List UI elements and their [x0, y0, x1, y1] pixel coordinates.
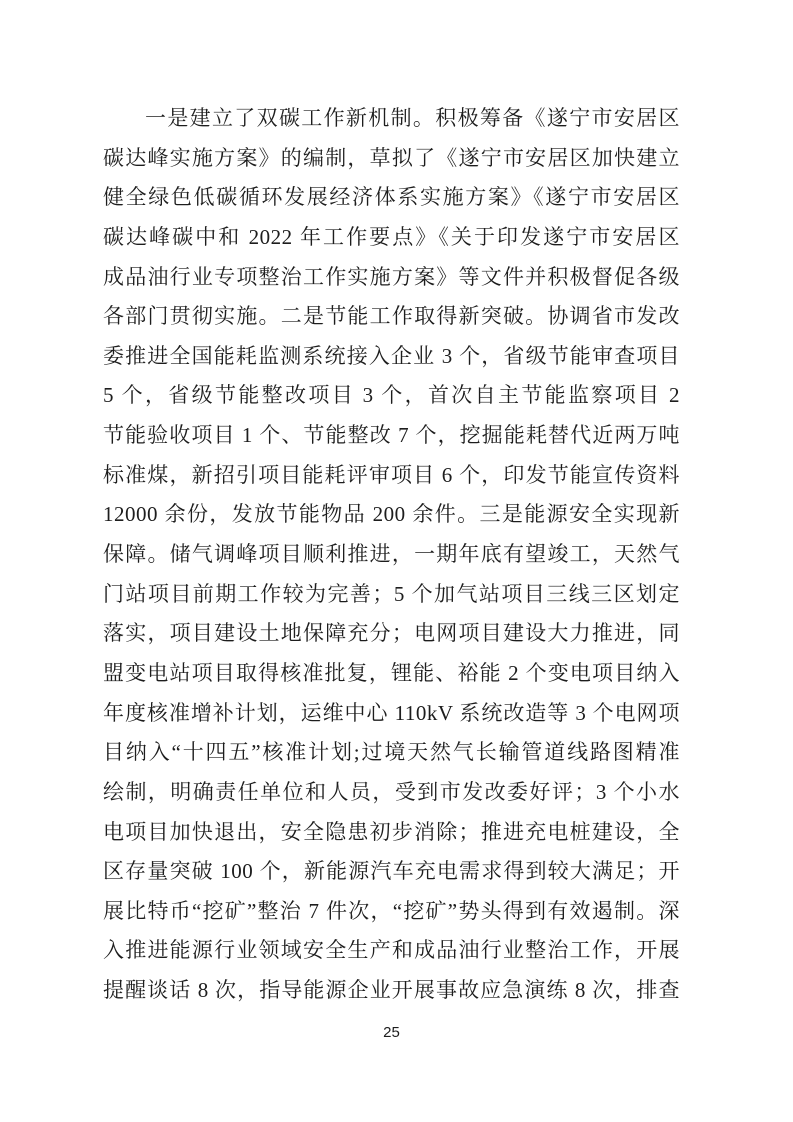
text-line: 区存量突破 100 个，新能源汽车充电需求得到较大满足；开 — [103, 852, 680, 892]
text-line: 盟变电站项目取得核准批复，锂能、裕能 2 个变电项目纳入 — [103, 654, 680, 694]
text-line: 提醒谈话 8 次，指导能源企业开展事故应急演练 8 次，排查 — [103, 971, 680, 1011]
text-line: 电项目加快退出，安全隐患初步消除；推进充电桩建设，全 — [103, 813, 680, 853]
text-line: 落实，项目建设土地保障充分；电网项目建设大力推进，同 — [103, 614, 680, 654]
text-line: 碳达峰实施方案》的编制，草拟了《遂宁市安居区加快建立 — [103, 139, 680, 179]
text-line: 节能验收项目 1 个、节能整改 7 个，挖掘能耗替代近两万吨 — [103, 416, 680, 456]
page-number: 25 — [103, 1024, 680, 1042]
text-line: 成品油行业专项整治工作实施方案》等文件并积极督促各级 — [103, 258, 680, 298]
text-line: 绘制，明确责任单位和人员，受到市发改委好评；3 个小水 — [103, 773, 680, 813]
text-line: 12000 余份，发放节能物品 200 余件。三是能源安全实现新 — [103, 495, 680, 535]
text-line: 一是建立了双碳工作新机制。积极筹备《遂宁市安居区 — [103, 99, 680, 139]
text-line: 年度核准增补计划，运维中心 110kV 系统改造等 3 个电网项 — [103, 694, 680, 734]
document-body: 一是建立了双碳工作新机制。积极筹备《遂宁市安居区 碳达峰实施方案》的编制，草拟了… — [103, 99, 680, 1011]
text-line: 5 个，省级节能整改项目 3 个，首次自主节能监察项目 2 个、 — [103, 376, 680, 416]
text-line: 门站项目前期工作较为完善；5 个加气站项目三线三区划定 — [103, 575, 680, 615]
document-page: 一是建立了双碳工作新机制。积极筹备《遂宁市安居区 碳达峰实施方案》的编制，草拟了… — [0, 0, 793, 1122]
text-line: 标准煤，新招引项目能耗评审项目 6 个，印发节能宣传资料 — [103, 456, 680, 496]
text-line: 碳达峰碳中和 2022 年工作要点》《关于印发遂宁市安居区 — [103, 218, 680, 258]
text-line: 入推进能源行业领域安全生产和成品油行业整治工作，开展 — [103, 931, 680, 971]
text-line: 健全绿色低碳循环发展经济体系实施方案》《遂宁市安居区 — [103, 178, 680, 218]
text-line: 展比特币“挖矿”整治 7 件次，“挖矿”势头得到有效遏制。深 — [103, 892, 680, 932]
text-line: 目纳入“十四五”核准计划;过境天然气长输管道线路图精准 — [103, 733, 680, 773]
text-line: 委推进全国能耗监测系统接入企业 3 个，省级节能审查项目 — [103, 337, 680, 377]
text-line: 各部门贯彻实施。二是节能工作取得新突破。协调省市发改 — [103, 297, 680, 337]
text-line: 保障。储气调峰项目顺利推进，一期年底有望竣工，天然气 — [103, 535, 680, 575]
